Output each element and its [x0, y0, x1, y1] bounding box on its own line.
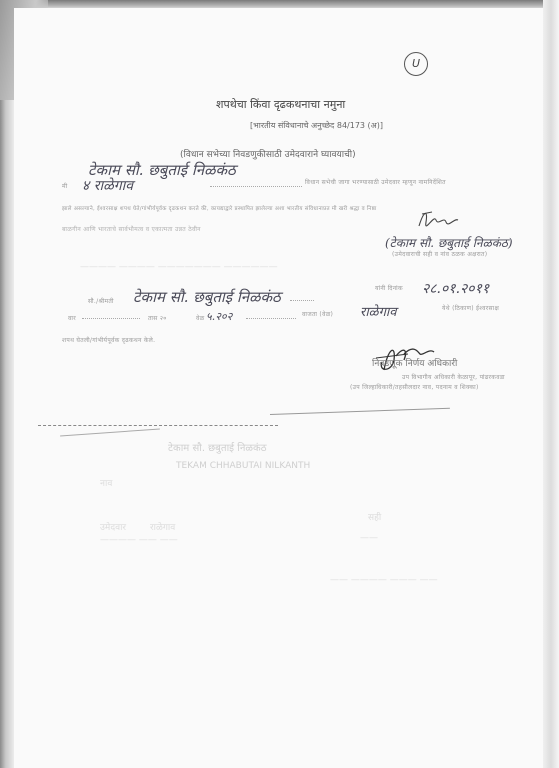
bleed-through-text: TEKAM CHHABUTAI NILKANTH [176, 461, 310, 471]
bleed-through-text: टेकाम सौ. छबुताई निळकंठ [168, 440, 267, 454]
candidate-place-handwritten: ४ राळेगाव [82, 176, 133, 195]
officer-title: निवडणूक निर्णय अधिकारी [372, 356, 457, 369]
document-title: शपथेचा किंवा दृढकथनाचा नमुना [216, 97, 345, 112]
bleed-through-text: राळेगाव [150, 520, 175, 533]
oath-line-3: बाळगीन आणि भारताचे सार्वभौमत्व व एकात्मत… [62, 225, 201, 233]
bleed-through-text: —— ———— ——— —— [330, 575, 438, 585]
place-label: वाजता (वेळ) [302, 310, 333, 318]
document-subtitle: (विधान सभेच्या निवडणुकीसाठी उमेदवाराने घ… [180, 147, 356, 160]
oath-line-1: विधान सभेची जागा भरण्यासाठी उमेदवार म्हण… [305, 178, 446, 186]
before-name-handwritten: टेकाम सौ. छबुताई निळकंठ [133, 287, 281, 307]
day-label: वार [68, 314, 76, 322]
scan-edge-right [543, 0, 559, 768]
date-label: यांनी दिनांक [375, 284, 403, 292]
line1-prefix: मी [62, 182, 67, 190]
bleed-through-text: ———— ———— ——————— —————— [80, 262, 278, 272]
separator-dashed-line [38, 425, 278, 426]
place-handwritten: राळेगाव [360, 302, 396, 320]
officer-sub: उप विभागीय अधिकारी केळापूर, पांढरकवडा [402, 373, 505, 381]
article-reference: [भारतीय संविधानाचे अनुच्छेद 84/173 (अ)] [250, 120, 383, 131]
candidate-name-bracketed: (टेकाम सौ. छबुताई निळकंठ) [385, 234, 513, 251]
page-number: U [404, 52, 428, 76]
bleed-through-text: उमेदवार [100, 520, 126, 533]
time-handwritten: ५.२०२ [206, 309, 232, 324]
bleed-through-text: सही [368, 510, 381, 523]
blank-line [82, 318, 140, 319]
bleed-through-text: नाव [100, 476, 112, 489]
bleed-through-text: ———— —— —— [100, 535, 178, 545]
blank-line [290, 300, 314, 301]
oath-line-2: झाले असल्याने, ईश्वरसाक्ष शपथ घेते/गांभी… [62, 204, 376, 212]
candidate-sign-caption: (उमेदवाराची सही व नांव ठळक अक्षरात) [392, 250, 487, 258]
before-label: सौ./श्रीमती [88, 297, 114, 305]
officer-designation: (उप जिल्हाधिकारी/तहसीलदार नाव, पदनाम व श… [350, 383, 479, 391]
time-hour-label: तास २० [148, 314, 167, 322]
blank-line [246, 318, 296, 319]
bleed-through-text: —— [360, 533, 378, 543]
place-suffix: येथे (ठिकाण) ईश्वरसाक्ष [442, 304, 499, 312]
blank-line [210, 186, 302, 187]
time-label: वेळ [196, 314, 205, 322]
date-handwritten: २८.०१.२०११ [422, 279, 489, 298]
affirmation-line: शपथ घेतली/गांभीर्यपूर्वक दृढकथन केले. [62, 336, 155, 344]
scan-shadow-left [0, 0, 14, 768]
candidate-signature [416, 208, 460, 236]
